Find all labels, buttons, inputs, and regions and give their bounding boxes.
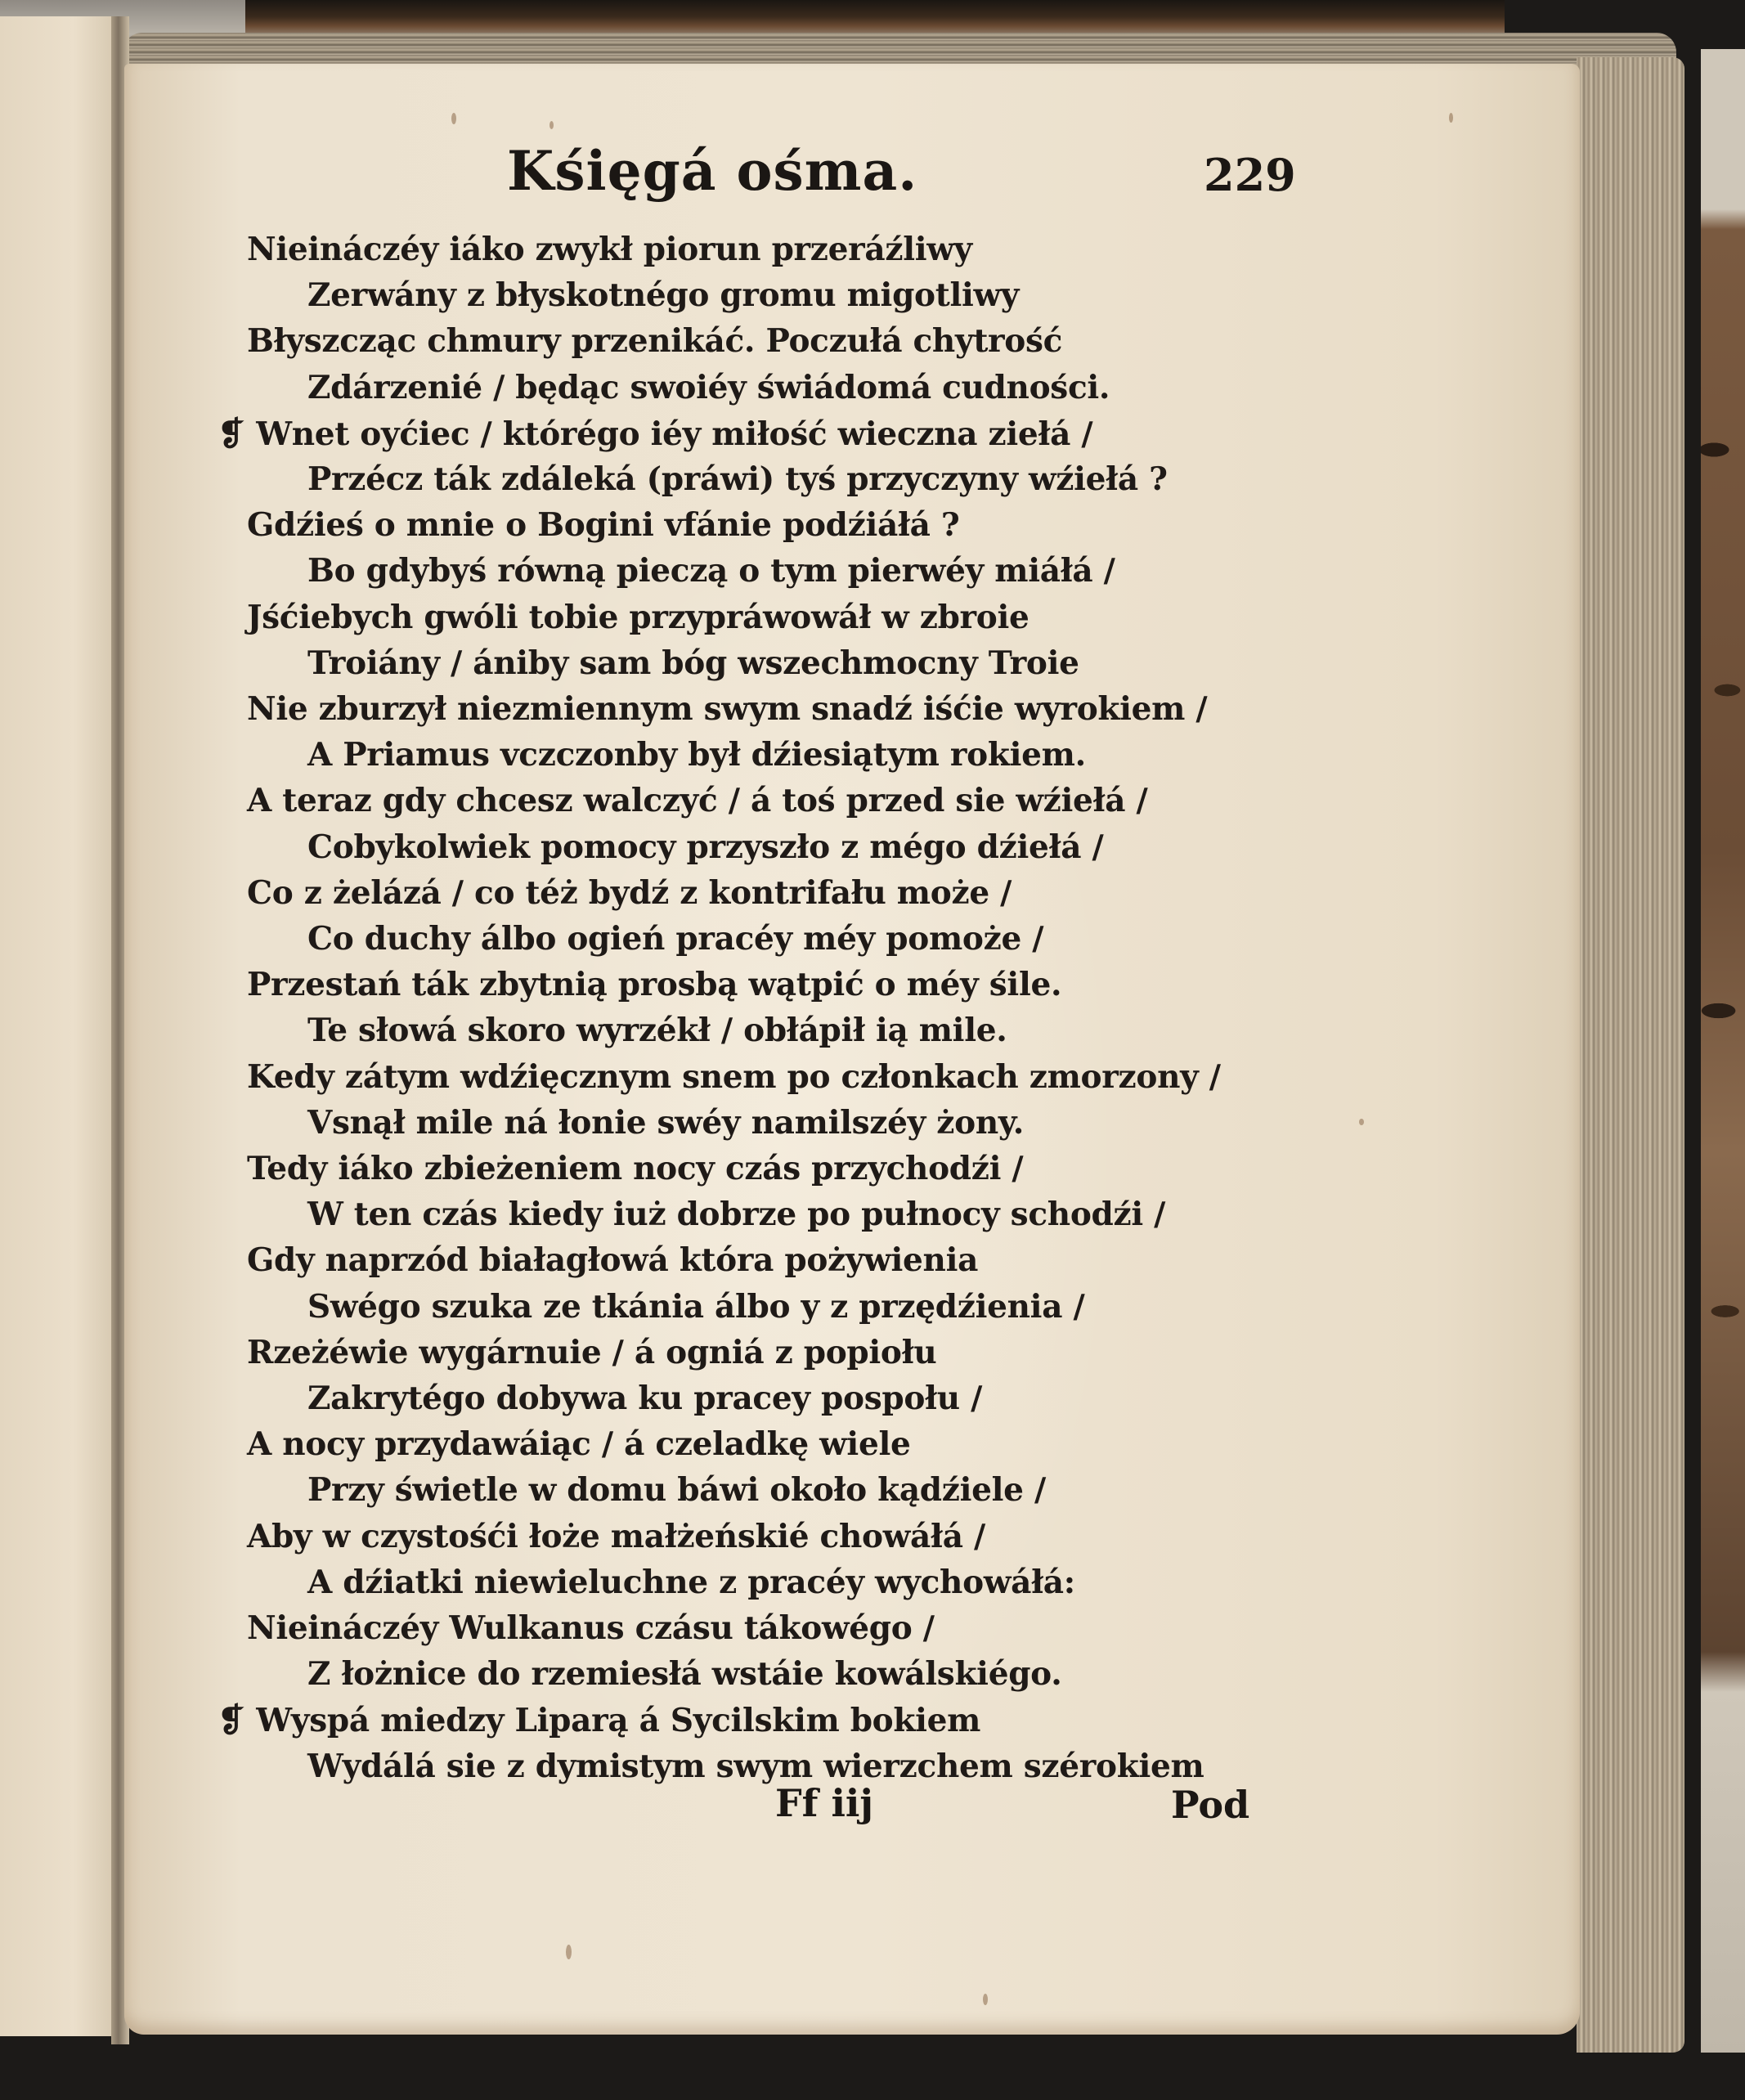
verse-line-text: Aby w czystośći łoże małżeńskié chowáłá …: [247, 1518, 985, 1555]
verse-line: A nocy przydawáiąc / á czeladkę wiele: [247, 1425, 910, 1463]
verse-line-text: W ten czás kiedy iuż dobrze po pułnocy s…: [307, 1196, 1165, 1233]
verse-line-text: Co duchy álbo ogień pracéy méy pomoże /: [307, 920, 1043, 958]
verse-line-text: Tedy iáko zbieżeniem nocy czás przychodź…: [247, 1150, 1023, 1187]
foxing-spot: [550, 121, 554, 129]
fore-edge: [1577, 57, 1684, 2053]
verse-line-text: Zdárzenié / będąc swoiéy świádomá cudnoś…: [307, 369, 1110, 406]
verse-line-text: Jśćiebych gwóli tobie przypráwowáł w zbr…: [247, 599, 1030, 636]
verse-line: Przy świetle w domu báwi około kądźiele …: [307, 1471, 1046, 1509]
foxing-spot: [1449, 113, 1453, 123]
verse-line: Tedy iáko zbieżeniem nocy czás przychodź…: [247, 1150, 1023, 1187]
verse-line-text: Wyspá miedzy Liparą á Sycilskim bokiem: [256, 1702, 980, 1739]
verse-line: Swégo szuka ze tkánia álbo y z przędźien…: [307, 1288, 1084, 1326]
catchword: Pod: [1171, 1783, 1249, 1827]
verse-line-text: Nie zburzył niezmiennym swym snadź iśćie…: [247, 690, 1207, 728]
verse-line-text: Wydálá sie z dymistym swym wierzchem szé…: [307, 1748, 1204, 1785]
pilcrow-icon: ❡: [218, 415, 244, 453]
verse-line-text: Nieináczéy iáko zwykł piorun przeráźliwy: [247, 231, 972, 268]
verse-line-text: Zakrytégo dobywa ku pracey pospołu /: [307, 1380, 982, 1417]
verse-line: Jśćiebych gwóli tobie przypráwowáł w zbr…: [247, 599, 1030, 636]
verse-line: A dźiatki niewieluchne z pracéy wychowáł…: [307, 1564, 1075, 1601]
book-scan: Kśięgá ośma. 229 Nieináczéy iáko zwykł p…: [0, 0, 1745, 2100]
verse-line-text: Z łożnice do rzemiesłá wstáie kowálskiég…: [307, 1655, 1062, 1693]
verse-line: Vsnął mile ná łonie swéy namilszéy żony.: [307, 1104, 1024, 1142]
pilcrow-icon: ❡: [218, 1701, 244, 1739]
verse-line-text: Przestań ták zbytnią prosbą wątpić o méy…: [247, 966, 1061, 1003]
left-page: [0, 16, 123, 2036]
verse-line-text: Kedy zátym wdźięcznym snem po członkach …: [247, 1058, 1221, 1096]
verse-line-text: Troiány / ániby sam bóg wszechmocny Troi…: [307, 644, 1079, 682]
foxing-spot: [983, 1994, 988, 2005]
verse-line: Gdy naprzód białagłowá która pożywienia: [247, 1241, 978, 1279]
verse-line: Błyszcząc chmury przenikáć. Poczułá chyt…: [247, 322, 1062, 360]
verse-line-text: A dźiatki niewieluchne z pracéy wychowáł…: [307, 1564, 1075, 1601]
verse-line-text: Rzeżéwie wygárnuie / á ogniá z popiołu: [247, 1334, 936, 1371]
verse-line: A Priamus vczczonby był dźiesiątym rokie…: [307, 736, 1086, 774]
verse-line-text: Gdźieś o mnie o Bogini vfánie podźiáłá ?: [247, 506, 959, 544]
verse-line-text: Nieináczéy Wulkanus czásu tákowégo /: [247, 1609, 935, 1647]
verse-line: Te słowá skoro wyrzékł / obłápił ią mile…: [307, 1012, 1007, 1049]
verse-line: Troiány / ániby sam bóg wszechmocny Troi…: [307, 644, 1079, 682]
verse-line: Przestań ták zbytnią prosbą wątpić o méy…: [247, 966, 1061, 1003]
verse-line-text: Zerwány z błyskotnégo gromu migotliwy: [307, 276, 1019, 314]
verse-line: Nie zburzył niezmiennym swym snadź iśćie…: [247, 690, 1207, 728]
verse-line: ❡Wyspá miedzy Liparą á Sycilskim bokiem: [218, 1701, 980, 1739]
verse-line: A teraz gdy chcesz walczyć / á toś przed…: [247, 782, 1147, 819]
verse-line: Zerwány z błyskotnégo gromu migotliwy: [307, 276, 1019, 314]
page-number: 229: [1204, 149, 1296, 201]
foxing-spot: [566, 1945, 572, 1959]
verse-line: Co duchy álbo ogień pracéy méy pomoże /: [307, 920, 1043, 958]
verse-line-text: Cobykolwiek pomocy przyszło z mégo dźieł…: [307, 828, 1103, 866]
verse-line-text: A teraz gdy chcesz walczyć / á toś przed…: [247, 782, 1147, 819]
verse-line: Nieináczéy Wulkanus czásu tákowégo /: [247, 1609, 935, 1647]
verse-line: Gdźieś o mnie o Bogini vfánie podźiáłá ?: [247, 506, 959, 544]
verse-line: Co z żelázá / co téż bydź z kontrifału m…: [247, 874, 1012, 912]
running-head: Kśięgá ośma.: [507, 139, 917, 203]
top-page-edges: [123, 33, 1676, 67]
marbled-board: [1701, 49, 1745, 2053]
foxing-spot: [451, 113, 456, 124]
verse-line: Przécz ták zdáleká (práwi) tyś przyczyny…: [307, 460, 1168, 498]
verse-line-text: Vsnął mile ná łonie swéy namilszéy żony.: [307, 1104, 1024, 1142]
verse-line-text: A Priamus vczczonby był dźiesiątym rokie…: [307, 736, 1086, 774]
foxing-spot: [1359, 1119, 1364, 1125]
verse-line: Cobykolwiek pomocy przyszło z mégo dźieł…: [307, 828, 1103, 866]
verse-line-text: Co z żelázá / co téż bydź z kontrifału m…: [247, 874, 1012, 912]
verse-line-text: Te słowá skoro wyrzékł / obłápił ią mile…: [307, 1012, 1007, 1049]
verse-line: Zdárzenié / będąc swoiéy świádomá cudnoś…: [307, 369, 1110, 406]
verse-line: Bo gdybyś równą pieczą o tym pierwéy miá…: [307, 552, 1115, 590]
verse-line-text: Bo gdybyś równą pieczą o tym pierwéy miá…: [307, 552, 1115, 590]
verse-line: Wydálá sie z dymistym swym wierzchem szé…: [307, 1748, 1204, 1785]
verse-line-text: Swégo szuka ze tkánia álbo y z przędźien…: [307, 1288, 1084, 1326]
verse-line: Nieináczéy iáko zwykł piorun przeráźliwy: [247, 231, 972, 268]
verse-line-text: Wnet oyćiec / którégo iéy miłość wieczna…: [256, 415, 1092, 453]
verse-line-text: Błyszcząc chmury przenikáć. Poczułá chyt…: [247, 322, 1062, 360]
verse-line-text: Przécz ták zdáleká (práwi) tyś przyczyny…: [307, 460, 1168, 498]
verse-line: Aby w czystośći łoże małżeńskié chowáłá …: [247, 1518, 985, 1555]
verse-line-text: A nocy przydawáiąc / á czeladkę wiele: [247, 1425, 910, 1463]
verse-line: Kedy zátym wdźięcznym snem po członkach …: [247, 1058, 1221, 1096]
verse-line-text: Przy świetle w domu báwi około kądźiele …: [307, 1471, 1046, 1509]
verse-line: W ten czás kiedy iuż dobrze po pułnocy s…: [307, 1196, 1165, 1233]
verse-line: Rzeżéwie wygárnuie / á ogniá z popiołu: [247, 1334, 936, 1371]
verse-line: Zakrytégo dobywa ku pracey pospołu /: [307, 1380, 982, 1417]
verse-line: Z łożnice do rzemiesłá wstáie kowálskiég…: [307, 1655, 1062, 1693]
verse-line-text: Gdy naprzód białagłowá która pożywienia: [247, 1241, 978, 1279]
verse-line: ❡Wnet oyćiec / którégo iéy miłość wieczn…: [218, 415, 1092, 453]
signature-mark: Ff iij: [775, 1781, 873, 1825]
